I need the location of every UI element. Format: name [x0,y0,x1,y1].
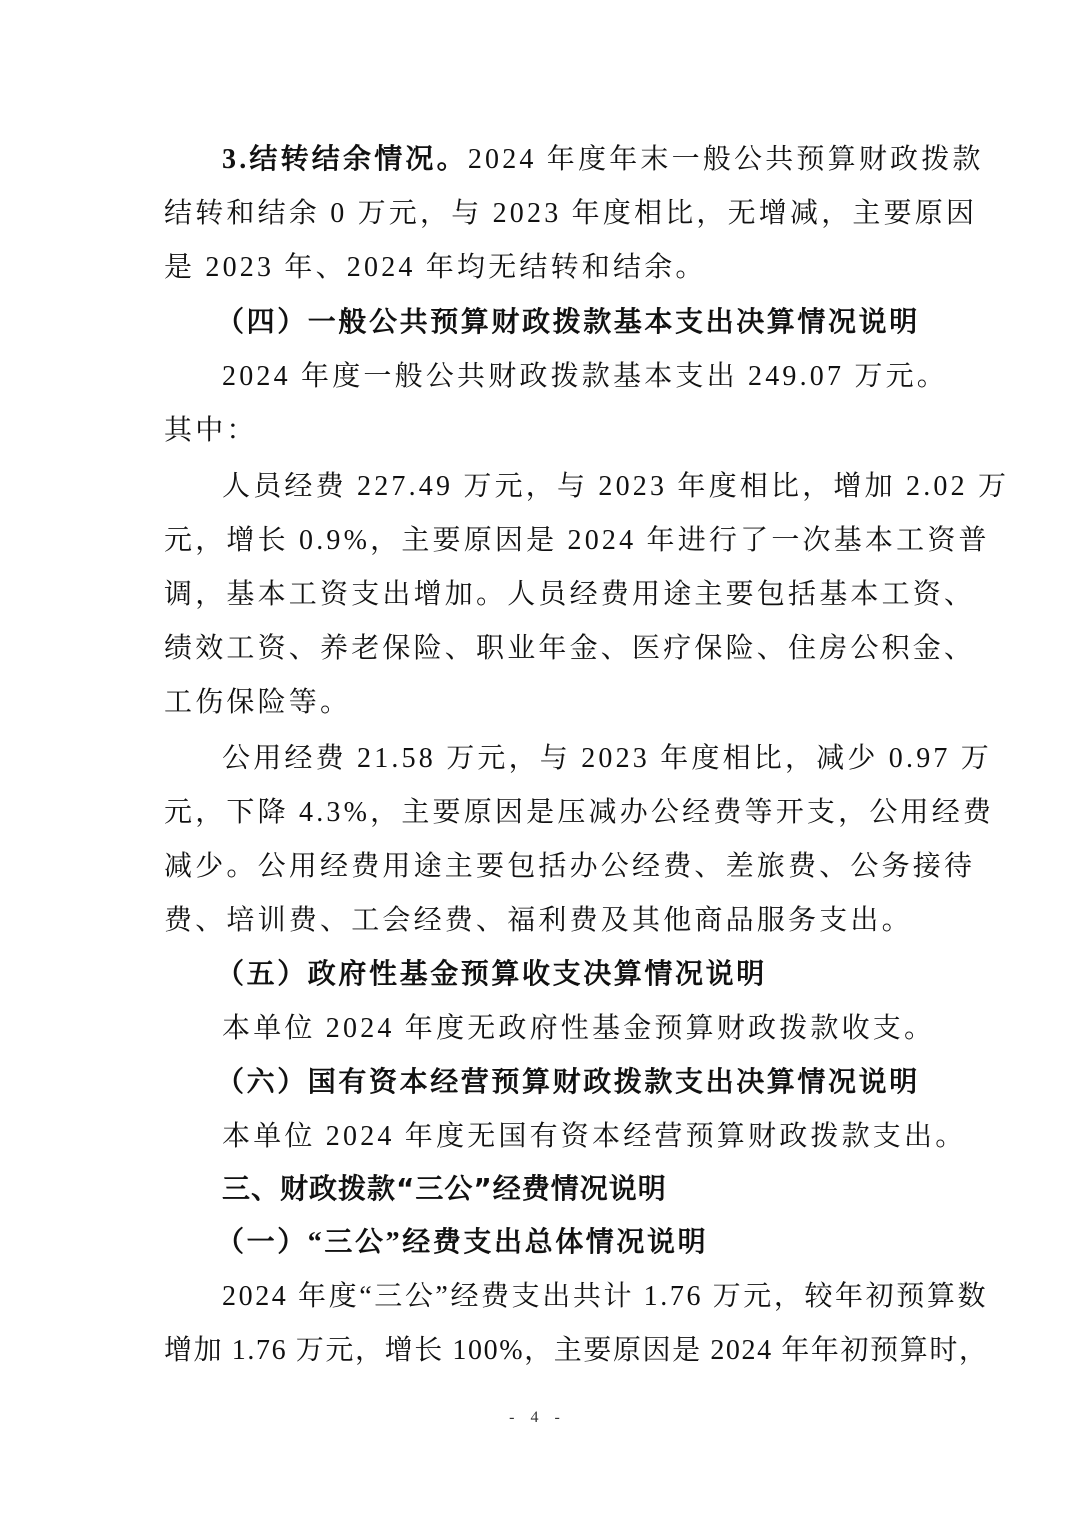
paragraph-text: 2024 年度年末一般公共预算财政拨款 [468,144,984,175]
subheading-basic-expenditure: （四）一般公共预算财政拨款基本支出决算情况说明 [216,303,920,343]
paragraph-basic-expenditure-line-1: 2024 年度一般公共财政拨款基本支出 249.07 万元。 [222,357,948,397]
paragraph-personnel-line-4: 绩效工资、养老保险、职业年金、医疗保险、住房公积金、 [164,629,975,669]
paragraph-carryover-line-3: 是 2023 年、2024 年均无结转和结余。 [164,248,707,288]
paragraph-carryover-line-1: 3.结转结余情况。2024 年度年末一般公共预算财政拨款 [222,140,984,180]
paragraph-basic-expenditure-line-2: 其中： [164,411,258,451]
subheading-three-public-overall: （一）“三公”经费支出总体情况说明 [216,1223,708,1263]
page-number: - 4 - [0,1409,1075,1427]
paragraph-public-expense-line-4: 费、培训费、工会经费、福利费及其他商品服务支出。 [164,901,913,941]
paragraph-government-fund: 本单位 2024 年度无政府性基金预算财政拨款收支。 [222,1009,935,1049]
paragraph-personnel-line-5: 工伤保险等。 [164,683,351,723]
paragraph-lead-bold: 3.结转结余情况。 [222,144,468,175]
paragraph-three-public-line-1: 2024 年度“三公”经费支出共计 1.76 万元，较年初预算数 [222,1277,988,1317]
paragraph-public-expense-line-3: 减少。公用经费用途主要包括办公经费、差旅费、公务接待 [164,847,975,887]
paragraph-personnel-line-2: 元，增长 0.9%，主要原因是 2024 年进行了一次基本工资普 [164,521,990,561]
paragraph-state-capital: 本单位 2024 年度无国有资本经营预算财政拨款支出。 [222,1117,966,1157]
paragraph-three-public-line-2: 增加 1.76 万元，增长 100%，主要原因是 2024 年年初预算时， [164,1331,989,1371]
subheading-state-capital: （六）国有资本经营预算财政拨款支出决算情况说明 [216,1063,920,1103]
heading-three-public-expenses: 三、财政拨款“三公”经费情况说明 [222,1169,667,1209]
paragraph-personnel-line-1: 人员经费 227.49 万元，与 2023 年度相比，增加 2.02 万 [222,467,1009,507]
paragraph-personnel-line-3: 调，基本工资支出增加。人员经费用途主要包括基本工资、 [164,575,975,615]
subheading-government-fund: （五）政府性基金预算收支决算情况说明 [216,955,767,995]
paragraph-public-expense-line-1: 公用经费 21.58 万元，与 2023 年度相比，减少 0.97 万 [222,739,992,779]
paragraph-public-expense-line-2: 元，下降 4.3%，主要原因是压减办公经费等开支，公用经费 [164,793,994,833]
paragraph-carryover-line-2: 结转和结余 0 万元，与 2023 年度相比，无增减，主要原因 [164,194,977,234]
